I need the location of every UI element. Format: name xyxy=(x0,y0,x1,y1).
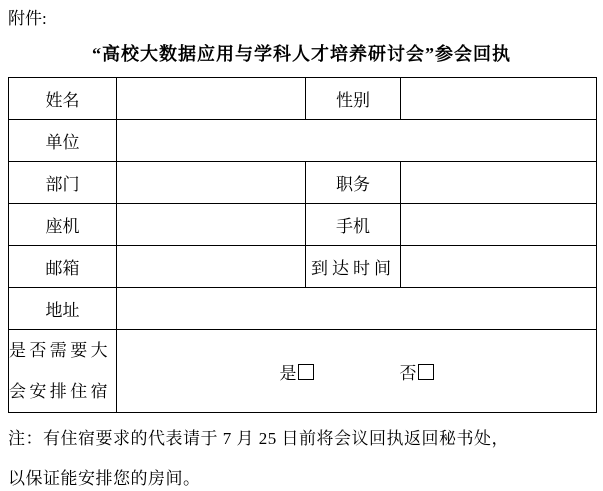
accommodation-yes-option[interactable]: 是 xyxy=(280,359,314,384)
table-row-department-position: 部门 职务 xyxy=(9,162,597,204)
address-label: 地址 xyxy=(9,288,117,330)
document-title: “高校大数据应用与学科人才培养研讨会”参会回执 xyxy=(0,43,603,65)
name-label: 姓名 xyxy=(9,78,117,120)
arrival-time-value-cell[interactable] xyxy=(401,246,597,288)
no-checkbox-icon[interactable] xyxy=(418,364,434,380)
table-row-accommodation: 是否需要大会安排住宿 是否 xyxy=(9,330,597,413)
yes-option-label: 是 xyxy=(280,364,297,383)
table-row-organization: 单位 xyxy=(9,120,597,162)
position-value-cell[interactable] xyxy=(401,162,597,204)
document-page: 附件: “高校大数据应用与学科人才培养研讨会”参会回执 姓名 性别 单位 部门 xyxy=(0,0,603,491)
accommodation-no-option[interactable]: 否 xyxy=(400,359,434,384)
position-label: 职务 xyxy=(306,162,401,204)
accommodation-options-cell: 是否 xyxy=(117,330,597,413)
mobile-label: 手机 xyxy=(306,204,401,246)
email-label: 邮箱 xyxy=(9,246,117,288)
organization-label: 单位 xyxy=(9,120,117,162)
table-row-address: 地址 xyxy=(9,288,597,330)
note-line-2: 以保证能安排您的房间。 xyxy=(8,459,595,491)
landline-value-cell[interactable] xyxy=(117,204,306,246)
gender-label: 性别 xyxy=(306,78,401,120)
yes-checkbox-icon[interactable] xyxy=(298,364,314,380)
email-value-cell[interactable] xyxy=(117,246,306,288)
landline-label: 座机 xyxy=(9,204,117,246)
no-option-label: 否 xyxy=(400,364,417,383)
registration-form-table: 姓名 性别 单位 部门 职务 座机 手机 邮箱 xyxy=(8,77,597,413)
department-value-cell[interactable] xyxy=(117,162,306,204)
name-value-cell[interactable] xyxy=(117,78,306,120)
gender-value-cell[interactable] xyxy=(401,78,597,120)
address-value-cell[interactable] xyxy=(117,288,597,330)
department-label: 部门 xyxy=(9,162,117,204)
table-row-name-gender: 姓名 性别 xyxy=(9,78,597,120)
mobile-value-cell[interactable] xyxy=(401,204,597,246)
note-line-1: 注：有住宿要求的代表请于 7 月 25 日前将会议回执返回秘书处， xyxy=(8,419,595,459)
arrival-time-label: 到达时间 xyxy=(306,246,401,288)
footnote: 注：有住宿要求的代表请于 7 月 25 日前将会议回执返回秘书处， 以保证能安排… xyxy=(8,419,595,491)
table-row-landline-mobile: 座机 手机 xyxy=(9,204,597,246)
organization-value-cell[interactable] xyxy=(117,120,597,162)
table-row-email-arrival: 邮箱 到达时间 xyxy=(9,246,597,288)
accommodation-label: 是否需要大会安排住宿 xyxy=(9,330,117,413)
attachment-label: 附件: xyxy=(0,0,603,29)
